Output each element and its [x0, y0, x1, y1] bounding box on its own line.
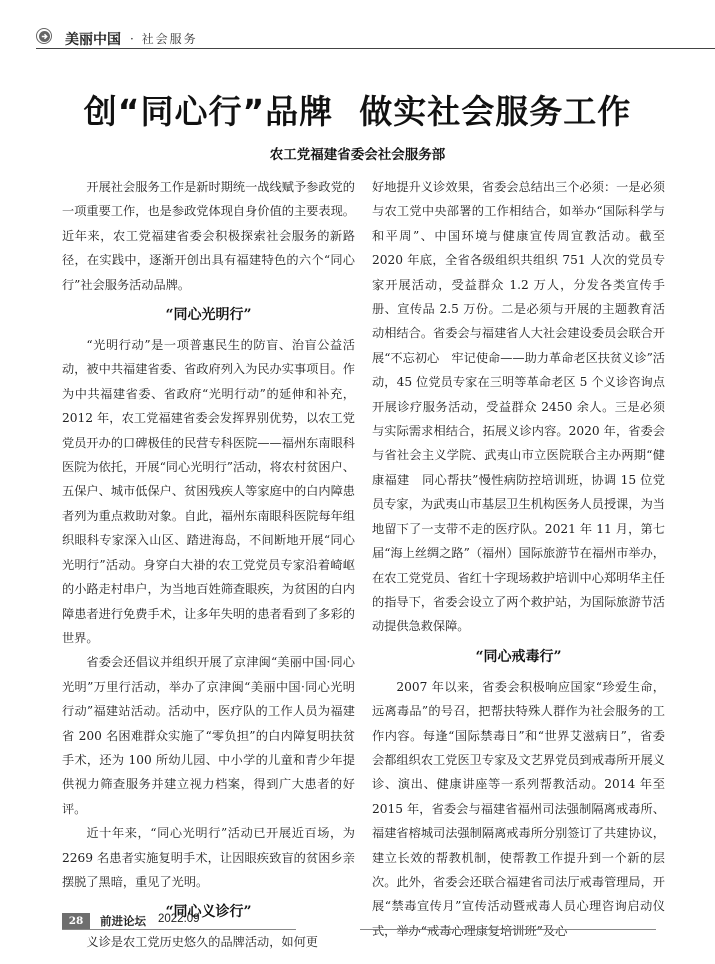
left-column: 开展社会服务工作是新时期统一战线赋予参政党的一项重要工作，也是参政党体现自身价值…	[62, 175, 355, 955]
page-number: 28	[62, 913, 90, 929]
body-paragraph: 近十年来，“同心光明行”活动已开展近百场，为 2269 名患者实施复明手术，让因…	[62, 821, 355, 894]
section-heading: “同心光明行”	[62, 303, 355, 327]
intro-paragraph: 开展社会服务工作是新时期统一战线赋予参政党的一项重要工作，也是参政党体现自身价值…	[62, 175, 355, 297]
section-header: 美丽中国 · 社会服务	[36, 26, 715, 49]
article-title: 创“同心行”品牌做实社会服务工作	[0, 86, 715, 133]
body-paragraph: 义诊是农工党历史悠久的品牌活动，如何更	[62, 930, 355, 954]
right-column: 好地提升义诊效果，省委会总结出三个必须：一是必须与农工党中央部署的工作相结合，如…	[372, 175, 665, 943]
body-paragraph: 好地提升义诊效果，省委会总结出三个必须：一是必须与农工党中央部署的工作相结合，如…	[372, 175, 665, 639]
article-author: 农工党福建省委会社会服务部	[0, 143, 715, 163]
body-paragraph: “光明行动”是一项普惠民生的防盲、治盲公益活动，被中共福建省委、省政府列入为民办…	[62, 333, 355, 650]
body-paragraph: 省委会还倡议并组织开展了京津闽“美丽中国·同心光明”万里行活动，举办了京津闽“美…	[62, 650, 355, 821]
body-paragraph: 2007 年以来，省委会积极响应国家“珍爱生命，远离毒品”的号召，把帮扶特殊人群…	[372, 675, 665, 943]
arrow-right-circle-icon	[36, 28, 52, 44]
footer-divider	[62, 929, 296, 930]
issue-date: 2022.09	[158, 913, 200, 925]
footer-divider	[360, 929, 656, 930]
section-heading: “同心戒毒行”	[372, 645, 665, 669]
section-name: 美丽中国	[65, 29, 121, 49]
journal-name: 前进论坛	[100, 913, 146, 929]
subsection-name: · 社会服务	[130, 30, 198, 47]
